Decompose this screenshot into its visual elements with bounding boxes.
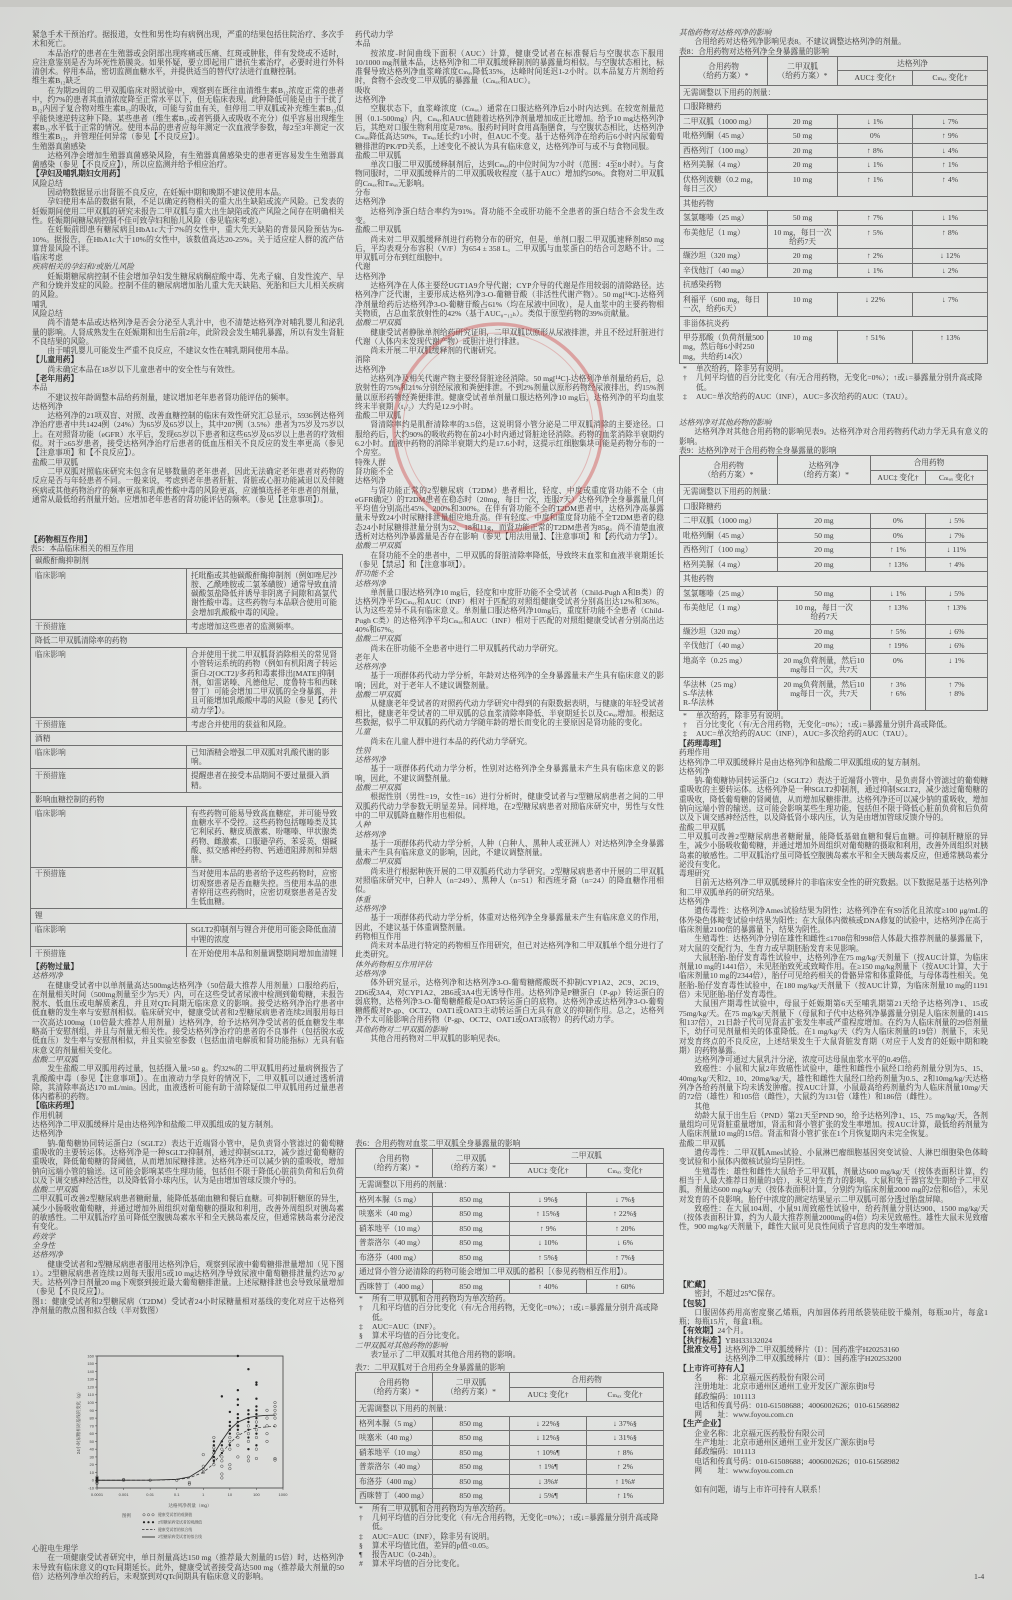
table-cell: ↑ 2%: [837, 249, 912, 263]
subheading: 达格列净: [355, 476, 664, 485]
table-cell: ↑ 7% ↑ 8%: [926, 677, 988, 710]
subheading: 分布: [355, 188, 664, 197]
t2dm-observation-point: [229, 1425, 231, 1427]
section-heading: 【药物过量】: [32, 962, 344, 971]
table-row: 干预措施在开始使用本品和剂量调整期间增加血清锂浓度的监测频率。: [31, 946, 343, 957]
section-heading: 【药物相互作用】: [30, 535, 343, 544]
header-regimen: 二甲双胍 （给药方案）*: [433, 1373, 510, 1402]
subheading-italic: 体重: [355, 895, 664, 904]
table-cell: ↑ 20%: [587, 1221, 664, 1235]
legend-marker-filled-circle: [143, 1521, 145, 1523]
table-cell: 伏格列波糖（0.2 mg，每日三次）: [680, 172, 768, 196]
table-cell: 考虑合并使用的获益和风险。: [187, 717, 343, 731]
table-cell: ↓ 12%§: [510, 1431, 587, 1445]
t2dm-observation-point: [229, 1411, 231, 1413]
paragraph: 生殖毒性：雄性和雌性大鼠给予二甲双胍，剂量达600 mg/kg/天（按体表面积计…: [679, 1167, 988, 1204]
table-group-row: 碳酸酐酶抑制剂: [31, 554, 343, 568]
paragraph: 按浓度-时间曲线下面积（AUC）计算，健康受试者在标准餐后与空腹状态下服用10/…: [355, 49, 664, 86]
paragraph: 目前无达格列净二甲双胍缓释片的非临床安全性的研究数据。以下数据是基于达格列净和二…: [679, 878, 988, 897]
subheading-italic: 其他药物对二甲双胍的影响: [355, 1025, 664, 1034]
t2dm-fit-line: [97, 1415, 275, 1480]
subheading: 盐酸二甲双胍: [32, 458, 344, 467]
paragraph: 孕妇使用本品的数据有限，不足以确定药物相关的重大出生缺陷或流产风险。已发表的妊娠…: [32, 197, 344, 225]
table-cell: ↑ 3% ↑ 6%: [870, 677, 925, 710]
subheading: 达格列净: [32, 402, 344, 411]
table-section-title: 通过肾小管分泌清除的药物可能会增加二甲双胍的蓄积［（参见药物相互作用】）。: [356, 1265, 664, 1279]
table-cell: 呋塞米（40 mg）: [356, 1207, 433, 1221]
healthy-observation-point: [221, 1448, 224, 1451]
healthy-observation-point: [213, 1446, 216, 1449]
footnote-text: AUC=AUC（INF）。: [372, 1322, 664, 1331]
table-row-label: 临床影响: [31, 923, 187, 946]
table-row-label: 干预措施: [31, 867, 187, 909]
table-row: 干预措施提醒患者在接受本品期间不要过量摄入酒精。: [31, 769, 343, 792]
subheading: 生殖器真菌感染: [32, 142, 344, 151]
table-cell: ↑ 22%§: [587, 1207, 664, 1221]
table-cell: 布美他尼（1 mg）: [680, 601, 778, 625]
x-tick-label: 0.001: [119, 1492, 130, 1497]
header-coadministered-drug: 合用药物 （给药方案）*: [680, 56, 768, 85]
table-cell: 20 mg: [768, 114, 838, 128]
section-heading: 【孕妇及哺乳期妇女用药】: [32, 169, 344, 178]
t2dm-observation-point: [247, 1436, 249, 1438]
table-cell: 50 mg: [777, 586, 870, 600]
table-cell: ↓ 7%: [913, 114, 988, 128]
table-row: 干预措施考虑合并使用的获益和风险。: [31, 717, 343, 731]
table-cell: 10 mg，每日一次 给药7天: [768, 225, 838, 249]
info-field: 电话和传真号码：010-61508688；4006002626；010-6156…: [679, 1457, 988, 1466]
subheading: 本品: [32, 383, 344, 392]
healthy-observation-point: [247, 1460, 250, 1463]
t2dm-observation-point: [255, 1432, 257, 1434]
spacer: [679, 1475, 988, 1485]
table-cell: ↓ 1%: [837, 114, 912, 128]
subheading-italic: 人种: [355, 820, 664, 829]
table-cell: ↓ 4%: [913, 143, 988, 157]
healthy-fit-line: [97, 1426, 275, 1480]
footnote-text: 几何平均值的百分比变化（有/无合用药物，无变化=0%）；↑或↓=暴露量分别升高或…: [372, 1513, 664, 1532]
table-footnote: ‡AUC=单次给药的AUC（INF），AUC=多次给药的AUC（TAU）。: [679, 729, 988, 738]
table-cell: 格列本脲（5 mg）: [356, 1416, 433, 1430]
table-section-row: 非甾体抗炎药: [680, 316, 988, 330]
subheading-italic: 药效学: [32, 1232, 344, 1241]
table-row: 辛伐他汀（40 mg）20 mg↑ 19%↓ 6%: [680, 639, 988, 653]
subheading-italic: 达格列净: [355, 969, 664, 978]
table-cell: ↑ 5%§: [510, 1250, 587, 1264]
footnote-text: AUC=AUC（INF），除非另有说明。: [372, 1532, 664, 1541]
healthy-observation-point: [274, 1405, 277, 1408]
section-heading: 【贮藏】: [679, 1280, 988, 1289]
table-cell: 缬沙坦（320 mg）: [680, 624, 778, 638]
paragraph: 达格列净二甲双胍缓释片是由达格列净和盐酸二甲双胍组成的复方制剂。: [679, 758, 988, 767]
table-cell: 吡格列酮（45 mg）: [680, 528, 778, 542]
table-group-title: 影响血糖控制的药物: [31, 792, 343, 806]
subheading: 消除: [355, 355, 664, 364]
healthy-observation-point: [229, 1436, 232, 1439]
paragraph: 尚未在儿童人群中进行本品的药代动力学研究。: [355, 737, 664, 746]
table-cell: 辛伐他汀（40 mg）: [680, 263, 768, 277]
paragraph: 在健康受试者中以单剂量高达500mg达格列净（50倍最大推荐人用剂量）口服给药后…: [32, 981, 344, 1055]
table-cell: SGLT2抑制剂与锂合并使用可能会降低血清中锂的浓度: [187, 923, 343, 946]
table-cell: ↑ 2%: [587, 1460, 664, 1474]
footnote-mark: *: [679, 364, 696, 373]
x-tick-label: 100: [253, 1492, 260, 1497]
table-row: 布洛芬（400 mg）850 mg↓ 3%#↑ 1%#: [356, 1474, 664, 1488]
healthy-observation-point: [221, 1460, 224, 1463]
field-value: 达格列净二甲双胍缓释片（Ⅰ）：国药准字H20253160: [725, 1345, 901, 1354]
table-cell: 20 mg: [777, 514, 870, 528]
header-cmax-change: Cₘₐₓ 变化†: [926, 470, 988, 484]
paragraph: 体外研究显示，达格列净和达格列净3-O-葡萄糖醛酸既不抑制CYP1A2、2C9、…: [355, 978, 664, 1024]
subheading: 肾功能不全: [355, 467, 664, 476]
paragraph: 合用给药对达格列净影响见表8。不建议调整达格列净的剂量。: [679, 37, 988, 46]
footnote-mark: *: [679, 711, 696, 720]
t2dm-observation-point: [237, 1398, 239, 1400]
table-cell: 850 mg: [433, 1279, 510, 1293]
paragraph: 在妊娠前即患有糖尿病且HbA1c大于7%的女性中，重大先天缺陷的背景风险预估为6…: [32, 225, 344, 253]
table-cell: 缬沙坦（320 mg）: [680, 249, 768, 263]
footnote-mark: ‡: [679, 392, 696, 401]
table-cell: 西格列汀（100 mg）: [680, 143, 768, 157]
table-row: 辛伐他汀（40 mg）20 mg↓ 1%↓ 2%: [680, 263, 988, 277]
subheading: 风险总结: [32, 309, 344, 318]
table-cell: 已知酒精会增强二甲双胍对乳酸代谢的影响。: [187, 746, 343, 769]
table-cell: ↓ 37%§: [587, 1416, 664, 1430]
table-cell: 850 mg: [433, 1489, 510, 1503]
table-7-section: 表7：二甲双胍对于合用药全身暴露量的影响合用药物 （给药方案）*二甲双胍 （给药…: [355, 1363, 664, 1573]
y-tick-label: 160: [87, 1353, 94, 1358]
subheading-italic: 疾病相关的孕妇和/或胎儿风险: [32, 262, 344, 271]
header-regimen: 二甲双胍 （给药方案）*: [433, 1149, 510, 1178]
info-field: 邮政编码：101113: [679, 1447, 988, 1456]
table-row: 西咪替丁（400 mg）850 mg↑ 40%↑ 60%: [356, 1279, 664, 1293]
section-heading: 【临床药理】: [32, 1101, 344, 1110]
header-regimen: 二甲双胍 （给药方案）*: [768, 56, 838, 85]
y-tick-label: 80: [90, 1416, 95, 1421]
t2dm-observation-point: [96, 1477, 98, 1479]
table-cell: 850 mg: [433, 1250, 510, 1264]
y-tick-label: 20: [90, 1462, 95, 1467]
table-cell: 10 mg，每日一次 给药7天: [777, 601, 870, 625]
paragraph: 不建议按年龄调整本品给药剂量，建议增加老年患者肾功能评估的频率。: [32, 393, 344, 402]
table-row: 西咪替丁（400 mg）850 mg↓ 5%¶↑ 1%: [356, 1489, 664, 1503]
t2dm-observation-point: [247, 1368, 249, 1370]
table-cell: ↑ 1%#: [587, 1474, 664, 1488]
table-group-title: 锂: [31, 909, 343, 923]
y-tick-label: 70: [90, 1423, 95, 1428]
table-cell: 0%: [870, 653, 925, 677]
header-group: 合用药物: [510, 1373, 664, 1387]
t2dm-observation-point: [221, 1444, 223, 1446]
subheading: 临床考虑: [32, 253, 344, 262]
subheading-italic: 达格列净: [355, 904, 664, 913]
paragraph: 紧急手术干预治疗。据报道，女性和男性均有病例出现，严重的结果包括住院治疗、多次手…: [32, 30, 344, 49]
pk-table: 合用药物 （给药方案）*二甲双胍 （给药方案）*达格列净AUC‡ 变化†Cₘₐₓ…: [679, 56, 988, 364]
subheading: 达格列净: [679, 897, 988, 906]
paragraph: 在一项健康受试者研究中，单日剂量高达150 mg（推荐最大剂量的15倍）时，达格…: [32, 1553, 344, 1581]
info-field: 【有效期】24个月。: [679, 1326, 988, 1335]
table-cell: ↓ 6%: [926, 624, 988, 638]
table-row: 吡格列酮（45 mg）50 mg0%↑ 9%: [680, 129, 988, 143]
table-section-title: 无需调整以下用药的剂量：: [680, 485, 988, 499]
footnote-mark: ‡: [355, 1532, 372, 1541]
table-row-label: 干预措施: [31, 769, 187, 792]
footnote-text: 单次给药，除非另有说明。: [696, 711, 988, 720]
table-cell: 850 mg: [433, 1474, 510, 1488]
subheading-italic: 儿童: [355, 727, 664, 736]
healthy-observation-point: [247, 1432, 250, 1435]
t2dm-observation-point: [255, 1409, 257, 1411]
paragraph: 本品治疗的患者在生殖器或会阴部出现疼痛或压痛、红斑或肿胀，伴有发烧或不适时，应注…: [32, 49, 344, 77]
legend-marker-filled-circle: [152, 1521, 154, 1523]
footnote-mark: †: [355, 1513, 372, 1532]
table-cell: ↑ 1%: [913, 158, 988, 172]
paragraph: 肾清除率约是肌酐清除率的3.5倍，这说明肾小管分泌是二甲双胍消除的主要途径。口服…: [355, 420, 664, 457]
x-axis-label: 达格列净剂量（mg）: [168, 1502, 211, 1509]
table-footnote: *单次给药，除非另有说明。: [679, 364, 988, 373]
subheading: 作用机制: [32, 1111, 344, 1120]
paragraph: 从健康老年受试者的对照药代动力学研究中得到的有限数据表明，与健康的年轻受试者相比…: [355, 699, 664, 727]
table-cell: 0%: [870, 514, 925, 528]
y-tick-label: 120: [87, 1384, 94, 1389]
header-regimen: 达格列净 （给药方案）*: [777, 456, 870, 485]
t2dm-observation-point: [237, 1429, 239, 1431]
paragraph: 基于一项群体药代动力学分析，年龄对达格列净的全身暴露量未产生具有临床意义的影响；…: [355, 671, 664, 690]
paragraph: 大鼠围产期毒性试验中，母鼠于妊娠期第6天至哺乳期第21天给予达格列净1、15或7…: [679, 999, 988, 1055]
table-row: 氢氯噻嗪（25 mg）50 mg↑ 7%↓ 1%: [680, 211, 988, 225]
paragraph: 健康受试者和2型糖尿病患者服用达格列净后，观察到尿液中葡萄糖排泄量增加（见下图1…: [32, 1260, 344, 1297]
legend-entry: 健康受试者的拟合线: [158, 1527, 192, 1532]
table-row: 硝苯地平（10 mg）850 mg↑ 9%↑ 20%: [356, 1221, 664, 1235]
table-row: 临床影响SGLT2抑制剂与锂合并使用可能会降低血清中锂的浓度: [31, 923, 343, 946]
table-cell: 20 mg: [768, 143, 838, 157]
legend-marker-open-circle: [152, 1514, 154, 1516]
section-heading: 【老年用药】: [32, 374, 344, 383]
table-cell: ↑ 40%: [510, 1279, 587, 1293]
paragraph: 致癌性：小鼠和大鼠2年致癌性试验中，雄性和雌性小鼠经口给药剂量分别为5、15、4…: [679, 1064, 988, 1101]
table-cell: 当对使用本品的患者给予这些药物时，应密切观察患者是否血糖失控。当使用本品的患者停…: [187, 867, 343, 909]
table-cell: ↑ 8%: [587, 1445, 664, 1459]
t2dm-observation-point: [255, 1413, 257, 1415]
info-field: 名 称：北京福元医药股份有限公司: [679, 1373, 988, 1382]
table-cell: ↓ 3%#: [510, 1474, 587, 1488]
t2dm-observation-point: [237, 1413, 239, 1415]
table-cell: 20 mg负荷剂量，然后10 mg每日一次，共7天: [777, 653, 870, 677]
table-cell: 850 mg: [433, 1431, 510, 1445]
table-row: 临床影响有些药物可能易导致高血糖症，并可能导致血糖水平不受控。这些药物包括噻嗪类…: [31, 806, 343, 867]
healthy-observation-point: [221, 1473, 224, 1476]
table-cell: 有些药物可能易导致高血糖症，并可能导致血糖水平不受控。这些药物包括噻嗪类及其它利…: [187, 806, 343, 867]
storage-and-manufacturer-section: 【贮藏】密封，不超过25℃保存。【包装】口服固体药用高密度聚乙烯瓶，内加固体药用…: [679, 1280, 988, 1520]
healthy-observation-point: [255, 1428, 258, 1431]
footnote-text: 算术平均值的百分比变化。: [372, 1331, 664, 1340]
table-cell: ↑ 19%: [870, 639, 925, 653]
table-cell: ↓ 7%§: [587, 1192, 664, 1206]
paragraph: 尚未开展二甲双胍缓释剂的代谢研究。: [355, 346, 664, 355]
healthy-observation-point: [255, 1457, 258, 1460]
table-caption: 表8：合用药物对达格列净全身暴露量的影响: [679, 47, 988, 56]
paragraph: 单剂量口服达格列净10 mg后，轻度和中度肝功能不全受试者（Child-Pugh…: [355, 588, 664, 634]
field-label: 【有效期】: [679, 1326, 717, 1335]
healthy-observation-point: [274, 1425, 277, 1428]
t2dm-observation-point: [247, 1409, 249, 1411]
table-cell: ↑ 5%: [870, 624, 925, 638]
table-row: 临床影响合并使用干扰二甲双胍肾消除相关的常见肾小管转运系统的药物（例如有机阳离子…: [31, 648, 343, 718]
subheading-italic: 盐酸二甲双胍: [355, 318, 664, 327]
paragraph: 基于一项群体药代动力学分析，性别对达格列净全身暴露量未产生具有临床意义的影响，因…: [355, 764, 664, 783]
subheading: 达格列净: [32, 1129, 344, 1138]
table-row: 临床影响托吡酯或其他碳酸酐酶抑制剂（例如唑尼沙胺、乙酰唑胺或二氯苯磺胺）通常导致…: [31, 568, 343, 619]
table-6-section: 表6：合用药物对血浆二甲双胍全身暴露量的影响合用药物 （给药方案）*二甲双胍 （…: [355, 1139, 664, 1363]
table-cell: 0%: [870, 528, 925, 542]
table-cell: ↓ 22%§: [510, 1416, 587, 1430]
table-cell: ↓ 10%: [510, 1236, 587, 1250]
t2dm-observation-point: [255, 1405, 257, 1407]
table-row-label: 干预措施: [31, 619, 187, 633]
table-cell: ↑ 10%¶: [510, 1445, 587, 1459]
footnote-text: 所有二甲双胍和合用药物均为单次给药。: [372, 1504, 664, 1513]
healthy-observation-point: [255, 1421, 258, 1424]
t2dm-observation-point: [221, 1395, 223, 1397]
column-2-pharmacokinetics: 药代动力学本品按浓度-时间曲线下面积（AUC）计算，健康受试者在标准餐后与空腹状…: [355, 30, 664, 1139]
healthy-observation-point: [247, 1440, 250, 1443]
table-group-row: 降低二甲双胍清除率的药物: [31, 634, 343, 648]
table-8-section: 其他药物对达格列净的影响合用给药对达格列净影响见表8。不建议调整达格列净的剂量。…: [679, 28, 988, 418]
table-cell: 850 mg: [433, 1207, 510, 1221]
table-row: 布洛芬（400 mg）850 mg↑ 5%§↑ 7%§: [356, 1250, 664, 1264]
table-row: 格列美脲（4 mg）20 mg↑ 13%↑ 4%: [680, 557, 988, 571]
paragraph: 达格列净可通过大鼠乳汁分泌，浓度可达母鼠血浆水平的0.49倍。: [679, 1055, 988, 1064]
table-cell: ↓ 1%: [837, 158, 912, 172]
table-cell: 850 mg: [433, 1192, 510, 1206]
table-cell: 850 mg: [433, 1460, 510, 1474]
field-values: 达格列净二甲双胍缓释片（Ⅰ）：国药准字H20253160达格列净二甲双胍缓释片（…: [725, 1345, 901, 1364]
paragraph: 发生盐酸二甲双胍用药过量，包括摄入量>50 g。约32%的二甲双胍用药过量病例报…: [32, 1064, 344, 1101]
paragraph: 二甲双胍对照临床研究未包含有足够数量的老年患者，因此无法确定老年患者对药物的反应…: [32, 467, 344, 504]
paragraph: 尚未在肝功能不全患者中进行二甲双胍药代动力学研究。: [355, 644, 664, 653]
subheading-italic: 达格列净: [355, 830, 664, 839]
table-cell: 普萘洛尔（40 mg）: [356, 1460, 433, 1474]
footnote-mark: §: [355, 1331, 372, 1340]
table-cell: 在开始使用本品和剂量调整期间增加血清锂浓度的监测频率。: [187, 946, 343, 957]
paragraph: 致癌性：在大鼠104周、小鼠91周致癌性试验中，给药剂量分别达900、1500 …: [679, 1204, 988, 1232]
table-row: 地高辛（0.25 mg）20 mg负荷剂量，然后10 mg每日一次，共7天0%↓…: [680, 653, 988, 677]
paragraph: 由于哺乳婴儿可能发生严重不良反应，不建议女性在哺乳期间使用本品。: [32, 346, 344, 355]
legend-marker-filled-circle: [147, 1521, 149, 1523]
healthy-observation-point: [247, 1425, 250, 1428]
table-header-row: 合用药物 （给药方案）*二甲双胍 （给药方案）*达格列净: [680, 56, 988, 70]
info-field: 邮政编码：101113: [679, 1392, 988, 1401]
table-cell: 西咪替丁（400 mg）: [356, 1489, 433, 1503]
subheading-italic: 其他药物对达格列净的影响: [679, 28, 988, 37]
column-1-text-top: 紧急手术干预治疗。据报道，女性和男性均有病例出现，严重的结果包括住院治疗、多次手…: [32, 30, 344, 537]
table-row: 华法林（25 mg） S-华法林 R-华法林20 mg负荷剂量，然后10 mg每…: [680, 677, 988, 710]
healthy-observation-point: [266, 1409, 269, 1412]
table-row: 普萘洛尔（40 mg）850 mg↑ 1%¶↑ 2%: [356, 1460, 664, 1474]
table-footnote: †百分比变化（有/无合用药物，无变化=0%）；↑或↓=暴露量分别升高或降低。: [679, 720, 988, 729]
table-group-title: 降低二甲双胍清除率的药物: [31, 634, 343, 648]
footnote-mark: §: [355, 1541, 372, 1550]
paragraph: 大鼠胚胎-胎仔发育毒性试验中，达格列净在75 mg/kg/天剂量下（按AUC计算…: [679, 953, 988, 999]
table-footnote: †几何平均值的百分比变化（有/无合用药物，无变化=0%）；↑或↓=暴露量分别升高…: [679, 373, 988, 392]
drug-interaction-section: 【药物相互作用】 表5：本品临床相关的相互作用 碳酸酐酶抑制剂临床影响托吡酯或其…: [30, 535, 343, 957]
x-tick-label: 0.1: [174, 1492, 180, 1497]
footnote-mark: *: [355, 1504, 372, 1513]
t2dm-observation-point: [247, 1413, 249, 1415]
healthy-observation-point: [266, 1440, 269, 1443]
footnote-text: 百分比变化（有/无合用药物，无变化=0%）；↑或↓=暴露量分别升高或降低。: [696, 720, 988, 729]
t2dm-observation-point: [229, 1432, 231, 1434]
subheading: 老年人: [355, 653, 664, 662]
table-cell: 20 mg: [777, 624, 870, 638]
subheading-italic: 盐酸二甲双胍: [355, 690, 664, 699]
table-row: 硝苯地平（10 mg）850 mg↑ 10%¶↑ 8%: [356, 1445, 664, 1459]
table-footnote: ‡AUC=单次给药的AUC（INF），AUC=多次给药的AUC（TAU）。: [679, 392, 988, 401]
footnote-mark: ¶: [355, 1550, 372, 1559]
x-tick-label: 0.01: [146, 1492, 155, 1497]
subheading: 达格列净: [355, 365, 664, 374]
info-field: 如有问题，请与上市许可持有人联系！: [679, 1485, 988, 1494]
table-cell: ↑ 13%: [870, 557, 925, 571]
table-9-section: 达格列净对其他药物的影响达格列净对其他合用药物的影响见表9。达格列净对合用药物药…: [679, 418, 988, 739]
table-cell: 10 mg: [768, 172, 838, 196]
table-cell: 考虑增加这些患者的监测频率。: [187, 619, 343, 633]
paragraph: 在肾功能不全的患者中，二甲双胍的肾脏清除率降低，导致终末血浆和血液半衰期延长（参…: [355, 551, 664, 570]
table-cell: ↑ 1%: [587, 1489, 664, 1503]
section-heading: 【药理毒理】: [679, 739, 988, 748]
table-caption: 表5：本品临床相关的相互作用: [30, 544, 343, 553]
table-cell: 20 mg: [768, 249, 838, 263]
t2dm-observation-point: [213, 1440, 215, 1442]
paragraph: 口服固体药用高密度聚乙烯瓶，内加固体药用纸袋装硅胶干燥剂，每瓶30片，每盒1瓶；…: [679, 1308, 988, 1327]
healthy-observation-point: [221, 1465, 224, 1468]
table-group-row: 锂: [31, 909, 343, 923]
table-cell: 西咪替丁（400 mg）: [356, 1279, 433, 1293]
table-row-label: 临床影响: [31, 806, 187, 867]
table-section-title: 非甾体抗炎药: [680, 316, 988, 330]
table-cell: 布美他尼（1 mg）: [680, 225, 768, 249]
table-cell: 西格列汀（100 mg）: [680, 543, 778, 557]
table-footnote: †几何平均值的百分比变化（有/无合用药物，无变化=0%）；↑或↓=暴露量分别升高…: [355, 1513, 664, 1532]
footnote-text: 单次给药，除非另有说明。: [696, 364, 988, 373]
x-tick-label: 0.0001: [91, 1492, 104, 1497]
paragraph: 尚不清楚本品或达格列净是否会分泌至人乳汁中，也不清楚达格列净对哺乳婴儿和泌乳量的…: [32, 318, 344, 346]
table-caption: 表7：二甲双胍对于合用药全身暴露量的影响: [355, 1363, 664, 1372]
table-section-row: 无需调整以下用药的剂量：: [356, 1402, 664, 1416]
table-cell: 20 mg: [768, 158, 838, 172]
subheading-italic: 全身性: [32, 1241, 344, 1250]
table-cell: 华法林（25 mg） S-华法林 R-华法林: [680, 677, 778, 710]
table-cell: 吡格列酮（45 mg）: [680, 129, 768, 143]
subheading-italic: 盐酸二甲双胍: [355, 783, 664, 792]
section-heading: 【儿童用药】: [32, 355, 344, 364]
table-row: 缬沙坦（320 mg）20 mg↑ 5%↓ 6%: [680, 624, 988, 638]
paragraph: 空腹状态下，血浆峰浓度（Cₘₐₓ）通常在口服达格列净后2小时内达到。在较宽剂量范…: [355, 104, 664, 150]
y-tick-label: 100: [87, 1400, 94, 1405]
t2dm-observation-point: [255, 1444, 257, 1446]
paragraph: 尚未进行根据种族开展的二甲双胍药代动力学研究。2型糖尿病患者中开展的二甲双胍对照…: [355, 867, 664, 895]
footnote-text: 几何平均值的百分比变化（有/无合用药物，无变化=0%）；↑或↓=暴露量分别升高或…: [696, 373, 988, 392]
table-row: 干预措施当对使用本品的患者给予这些药物时，应密切观察患者是否血糖失控。当使用本品…: [31, 867, 343, 909]
section-heading: 【上市许可持有人】: [679, 1364, 988, 1373]
table-row: 布美他尼（1 mg）10 mg，每日一次 给药7天↑ 5%↑ 8%: [680, 225, 988, 249]
table-cell: 布洛芬（400 mg）: [356, 1250, 433, 1264]
table-cell: 普萘洛尔（40 mg）: [356, 1236, 433, 1250]
footnote-text: AUC=单次给药的AUC（INF），AUC=多次给药的AUC（TAU）。: [696, 729, 988, 738]
subheading-italic: 盐酸二甲双胍: [355, 634, 664, 643]
paragraph: 图1：健康受试者和2型糖尿病（T2DM）受试者24小时尿糖量相对基线的变化对应于…: [32, 1297, 344, 1316]
table-section-row: 口服降糖药: [680, 100, 988, 114]
